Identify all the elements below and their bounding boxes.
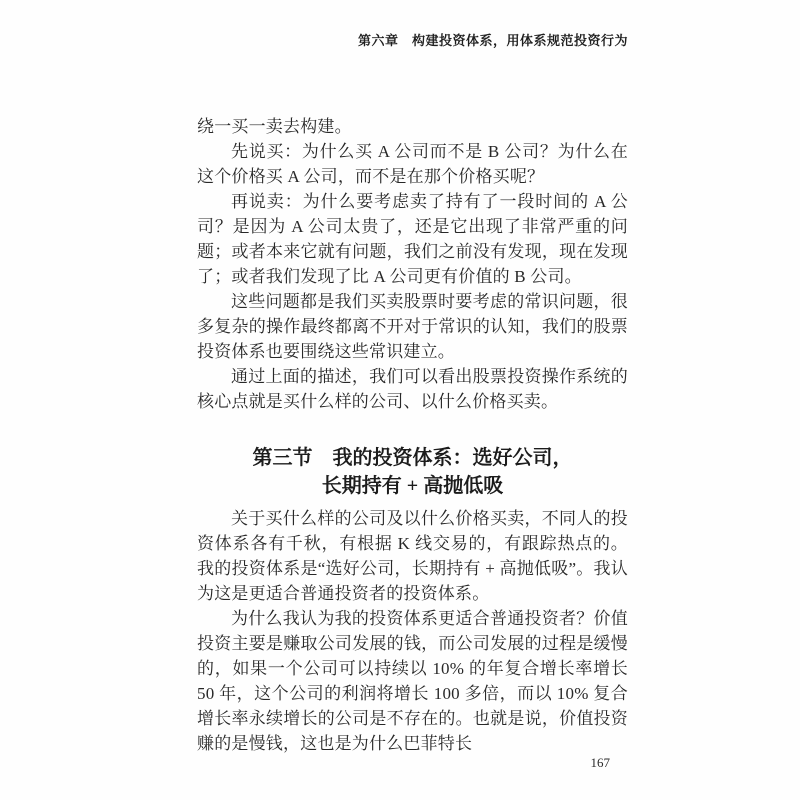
section-heading: 第三节 我的投资体系：选好公司， 长期持有 + 高抛低吸 [197, 444, 628, 500]
paragraph: 再说卖：为什么要考虑卖了持有了一段时间的 A 公司？是因为 A 公司太贵了，还是… [197, 189, 628, 289]
paragraph: 这些问题都是我们买卖股票时要考虑的常识问题，很多复杂的操作最终都离不开对于常识的… [197, 289, 628, 364]
section-heading-line1: 第三节 我的投资体系：选好公司， [197, 444, 628, 472]
running-header: 第六章 构建投资体系，用体系规范投资行为 [197, 30, 628, 49]
book-page: 第六章 构建投资体系，用体系规范投资行为 绕一买一卖去构建。 先说买：为什么买 … [0, 0, 800, 800]
paragraph: 通过上面的描述，我们可以看出股票投资操作系统的核心点就是买什么样的公司、以什么价… [197, 364, 628, 414]
chapter-title: 第六章 构建投资体系，用体系规范投资行为 [358, 33, 628, 48]
paragraph: 先说买：为什么买 A 公司而不是 B 公司？为什么在这个价格买 A 公司，而不是… [197, 139, 628, 189]
paragraph: 绕一买一卖去构建。 [197, 114, 628, 139]
page-body: 绕一买一卖去构建。 先说买：为什么买 A 公司而不是 B 公司？为什么在这个价格… [197, 114, 628, 756]
section-heading-line2: 长期持有 + 高抛低吸 [197, 472, 628, 500]
page-number: 167 [197, 755, 610, 771]
paragraph: 关于买什么样的公司及以什么价格买卖，不同人的投资体系各有千秋，有根据 K 线交易… [197, 506, 628, 606]
paragraph: 为什么我认为我的投资体系更适合普通投资者？价值投资主要是赚取公司发展的钱，而公司… [197, 606, 628, 756]
